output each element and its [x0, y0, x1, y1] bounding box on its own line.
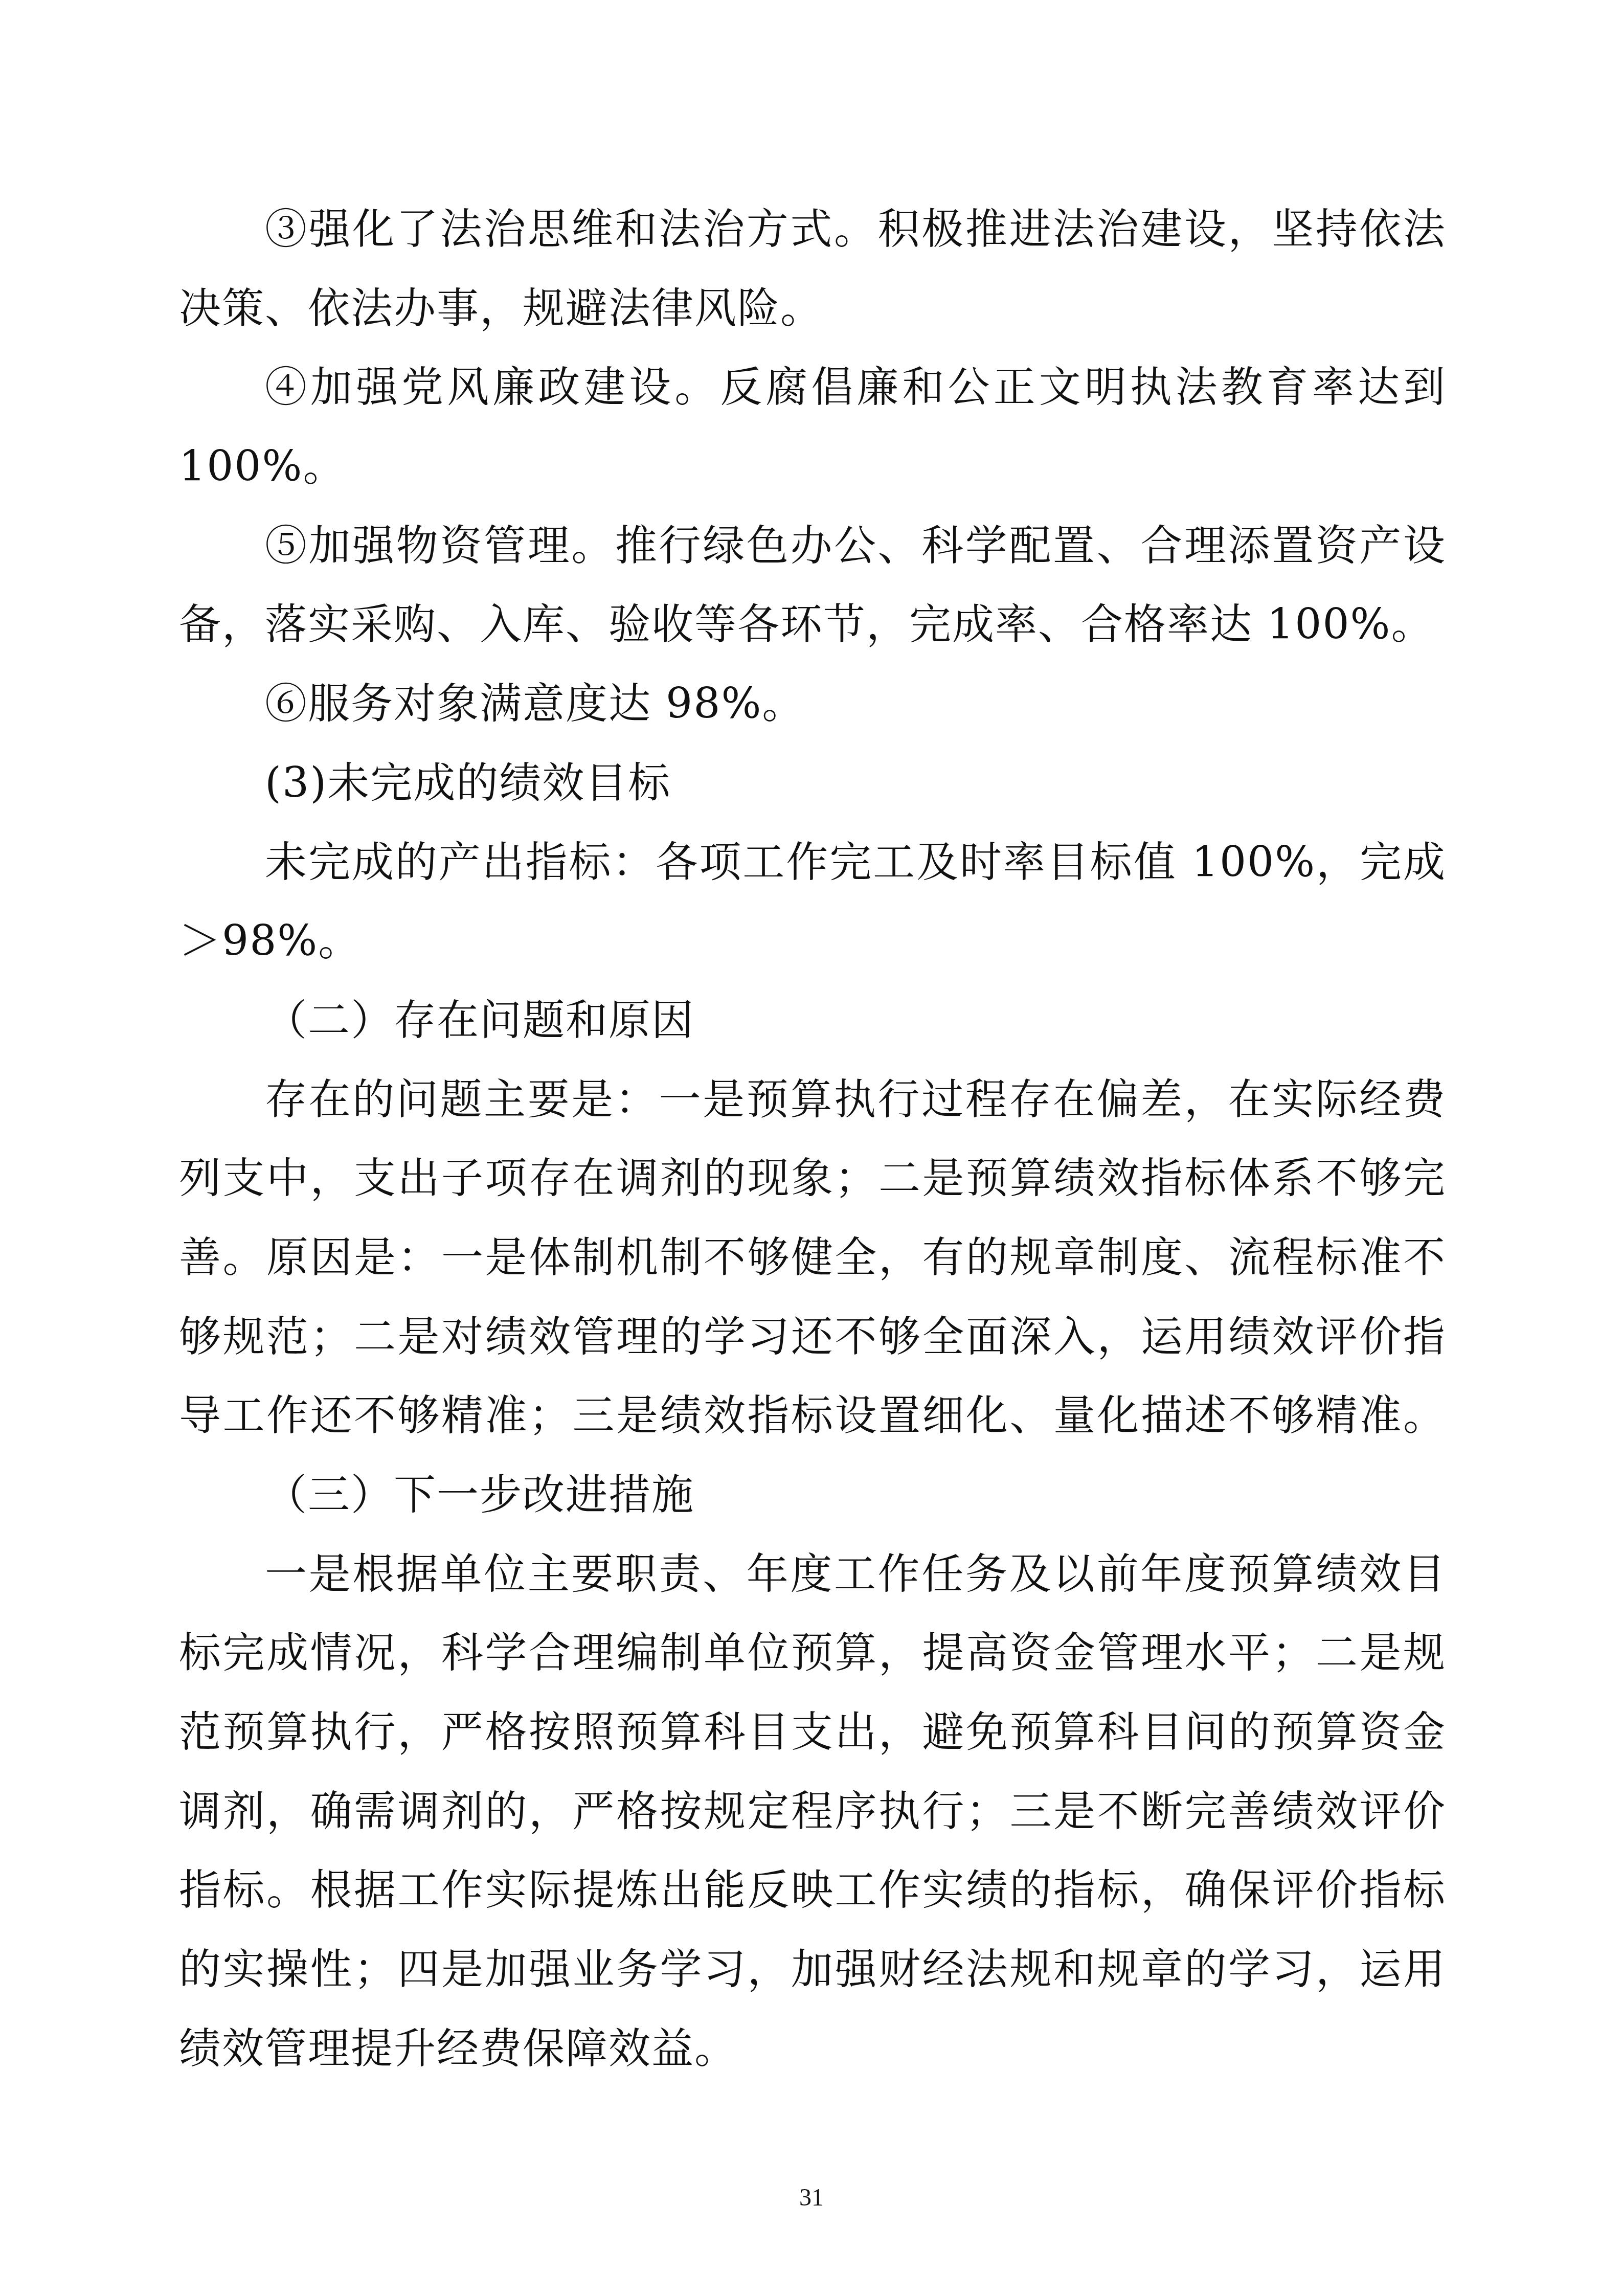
text-line-item-5: ⑤加强物资管理。推行绿色办公、科学配置、合理添置资产设 — [179, 507, 1446, 586]
subheading-unfinished-goals: (3)未完成的绩效目标 — [179, 744, 1446, 823]
body-text: ③强化了法治思维和法治方式。积极推进法治建设，坚持依法 决策、依法办事，规避法律… — [179, 190, 1446, 2089]
text-line-problems-2: 列支中，支出子项存在调剂的现象；二是预算绩效指标体系不够完 — [179, 1139, 1446, 1219]
text-line-item-6: ⑥服务对象满意度达 98%。 — [179, 665, 1446, 744]
section-heading-improvements: （三）下一步改进措施 — [179, 1456, 1446, 1535]
text-line-unfinished-output: 未完成的产出指标：各项工作完工及时率目标值 100%，完成值 — [179, 823, 1446, 903]
text-line-problems-1: 存在的问题主要是：一是预算执行过程存在偏差，在实际经费 — [179, 1061, 1446, 1140]
text-line-problems-5: 导工作还不够精准；三是绩效指标设置细化、量化描述不够精准。 — [179, 1377, 1446, 1456]
section-heading-problems: （二）存在问题和原因 — [179, 981, 1446, 1061]
text-line-improvements-1: 一是根据单位主要职责、年度工作任务及以前年度预算绩效目 — [179, 1535, 1446, 1614]
text-line-item-3-cont: 决策、依法办事，规避法律风险。 — [179, 269, 1446, 349]
text-line-problems-4: 够规范；二是对绩效管理的学习还不够全面深入，运用绩效评价指 — [179, 1298, 1446, 1377]
text-line-improvements-2: 标完成情况，科学合理编制单位预算，提高资金管理水平；二是规 — [179, 1614, 1446, 1693]
text-line-problems-3: 善。原因是：一是体制机制不够健全，有的规章制度、流程标准不 — [179, 1219, 1446, 1298]
text-line-improvements-4: 调剂，确需调剂的，严格按规定程序执行；三是不断完善绩效评价 — [179, 1772, 1446, 1852]
text-line-improvements-7: 绩效管理提升经费保障效益。 — [179, 2010, 1446, 2089]
text-line-item-4: ④加强党风廉政建设。反腐倡廉和公正文明执法教育率达到 — [179, 348, 1446, 427]
text-line-item-3: ③强化了法治思维和法治方式。积极推进法治建设，坚持依法 — [179, 190, 1446, 269]
document-page: ③强化了法治思维和法治方式。积极推进法治建设，坚持依法 决策、依法办事，规避法律… — [0, 0, 1623, 2296]
text-line-improvements-5: 指标。根据工作实际提炼出能反映工作实绩的指标，确保评价指标 — [179, 1851, 1446, 1930]
text-line-item-5-cont: 备，落实采购、入库、验收等各环节，完成率、合格率达 100%。 — [179, 586, 1446, 665]
page-number: 31 — [0, 2182, 1623, 2213]
text-line-item-4-cont: 100%。 — [179, 427, 1446, 507]
text-line-improvements-3: 范预算执行，严格按照预算科目支出，避免预算科目间的预算资金 — [179, 1693, 1446, 1772]
text-line-unfinished-output-cont: ＞98%。 — [179, 902, 1446, 981]
text-line-improvements-6: 的实操性；四是加强业务学习，加强财经法规和规章的学习，运用 — [179, 1930, 1446, 2010]
